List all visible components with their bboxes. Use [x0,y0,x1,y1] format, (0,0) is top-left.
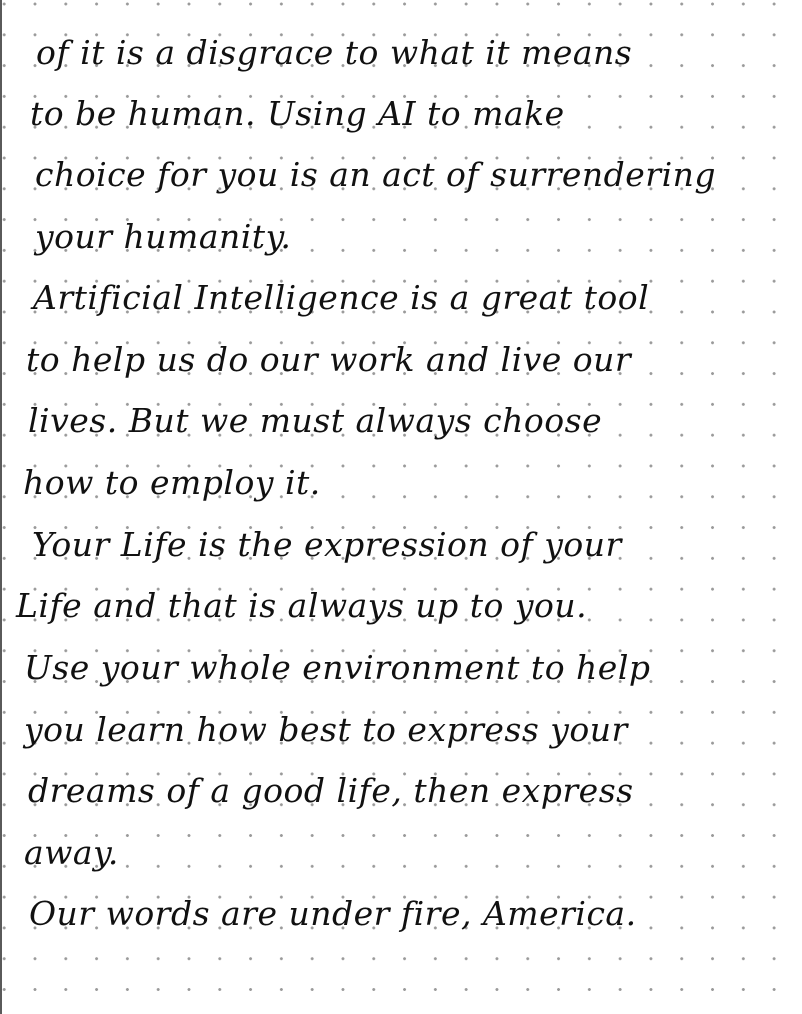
handwritten-line: lives. But we must always choose [28,404,602,437]
handwritten-line: dreams of a good life, then express [28,774,634,807]
handwritten-line: away. [24,836,119,869]
handwritten-line: Artificial Intelligence is a great tool [33,281,649,314]
handwritten-line: of it is a disgrace to what it means [36,36,632,69]
handwritten-line: Life and that is always up to you. [16,589,587,622]
handwritten-line: you learn how best to express your [24,713,628,746]
handwritten-line: to be human. Using AI to make [30,97,565,130]
handwritten-line: Our words are under fire, America. [29,897,637,930]
dot-grid-page: of it is a disgrace to what it means to … [0,0,802,1014]
handwritten-line: your humanity. [35,220,291,253]
handwritten-line: how to employ it. [23,466,321,499]
handwritten-line: to help us do our work and live our [26,343,631,376]
handwritten-line: Use your whole environment to help [24,651,651,684]
handwritten-line: Your Life is the expression of your [32,528,622,561]
handwritten-line: choice for you is an act of surrendering [35,158,716,191]
